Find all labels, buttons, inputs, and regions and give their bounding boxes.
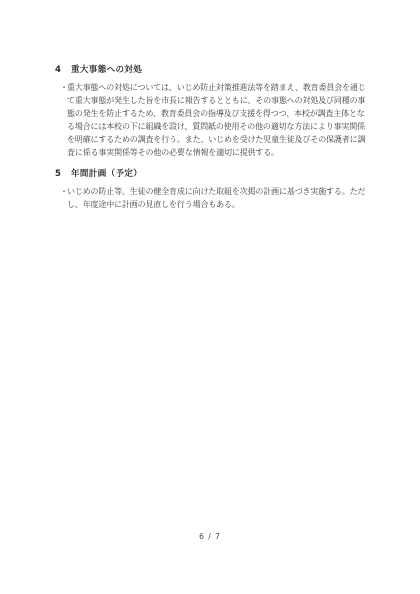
section-4-title: 重大事態への対処 (71, 64, 142, 77)
paragraph-line: て重大事態が発生した旨を市長に報告するとともに、その事態への対処及び同種の事 (67, 94, 371, 107)
page-content: 4 重大事態への対処 ・ 重大事態への対処については、いじめ防止対策推進法等を踏… (55, 64, 371, 211)
bullet-marker: ・ (60, 81, 68, 94)
section-5-title: 年間計画（予定） (71, 168, 142, 181)
paragraph-line: し、年度途中に計画の見直しを行う場合もある。 (67, 198, 371, 211)
paragraph-line: 査に係る事実関係等その他の必要な情報を適切に提供する。 (67, 146, 371, 159)
section-5-paragraph: ・ いじめの防止等、生徒の健全育成に向けた取組を次掲の計画に基づき実施する。ただ… (60, 185, 371, 211)
section-5-number: 5 (55, 168, 71, 181)
section-4-paragraph: ・ 重大事態への対処については、いじめ防止対策推進法等を踏まえ、教育委員会を通じ… (60, 81, 371, 159)
paragraph-line: 重大事態への対処については、いじめ防止対策推進法等を踏まえ、教育委員会を通じ (67, 81, 371, 94)
bullet-marker: ・ (60, 185, 68, 198)
section-5-heading: 5 年間計画（予定） (55, 168, 371, 181)
paragraph-line: いじめの防止等、生徒の健全育成に向けた取組を次掲の計画に基づき実施する。ただ (67, 185, 371, 198)
section-4-heading: 4 重大事態への対処 (55, 64, 371, 77)
section-4: 4 重大事態への対処 ・ 重大事態への対処については、いじめ防止対策推進法等を踏… (55, 64, 371, 159)
section-5: 5 年間計画（予定） ・ いじめの防止等、生徒の健全育成に向けた取組を次掲の計画… (55, 168, 371, 211)
document-page: 4 重大事態への対処 ・ 重大事態への対処については、いじめ防止対策推進法等を踏… (0, 0, 420, 594)
paragraph-line: る場合には本校の下に組織を設け、質問紙の使用その他の適切な方法により事実関係 (67, 120, 371, 133)
paragraph-line: を明確にするための調査を行う。また、いじめを受けた児童生徒及びその保護者に調 (67, 133, 371, 146)
section-4-number: 4 (55, 64, 71, 77)
paragraph-line: 態の発生を防止するため、教育委員会の指導及び支援を得つつ、本校が調査主体とな (67, 107, 371, 120)
page-number: 6 / 7 (0, 531, 420, 542)
